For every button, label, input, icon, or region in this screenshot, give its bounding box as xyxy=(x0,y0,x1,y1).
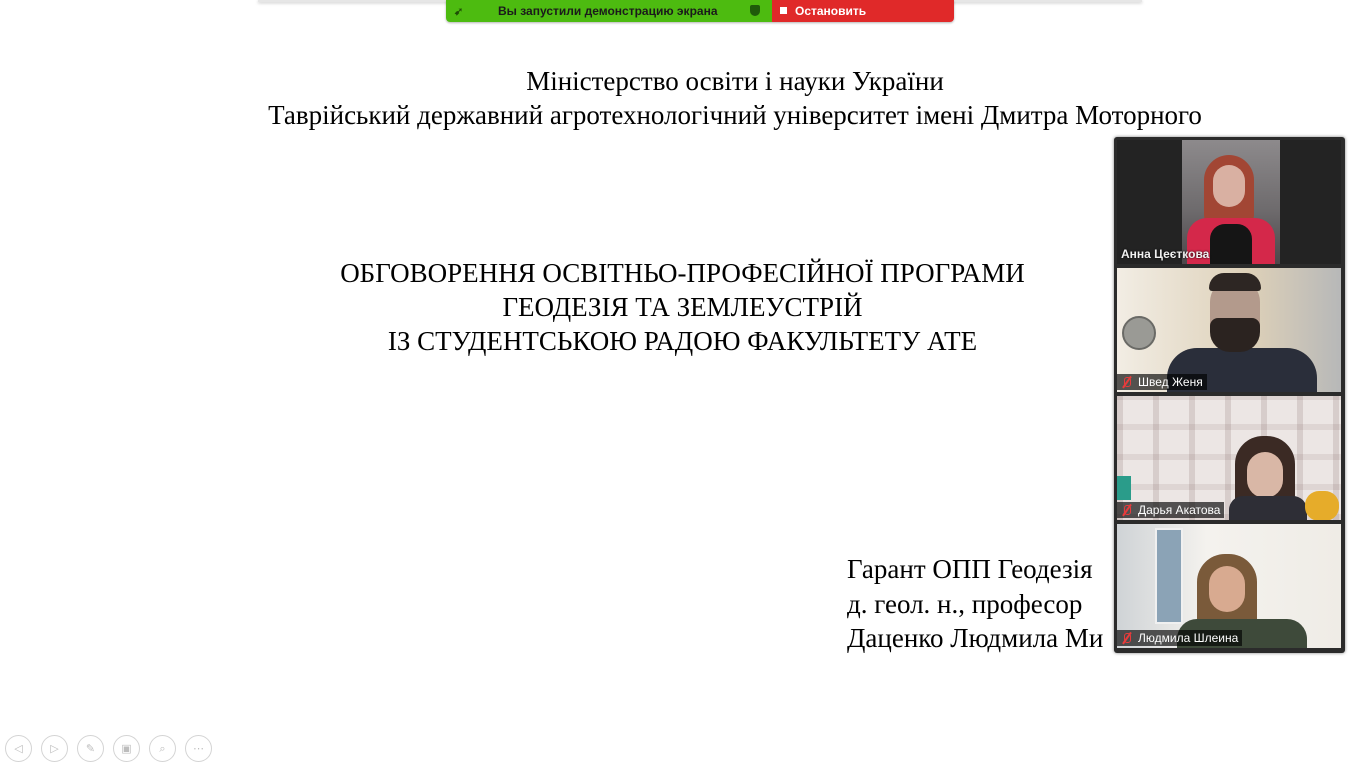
stop-share-button[interactable]: Остановить демонстрацию xyxy=(772,0,954,22)
more-options-button[interactable]: ⋯ xyxy=(185,735,212,762)
participant-name-label: Швед Женя xyxy=(1117,374,1207,390)
see-all-slides-button[interactable]: ▣ xyxy=(113,735,140,762)
participants-video-panel[interactable]: Анна Цеєткова Швед Женя Дарья Акатова Лю… xyxy=(1114,137,1345,653)
mic-muted-icon xyxy=(1121,376,1133,388)
slide-navigation-toolbar: ◁ ▷ ✎ ▣ ⌕ ⋯ xyxy=(5,735,212,762)
share-status-text: Вы запустили демонстрацию экрана xyxy=(498,4,718,18)
zoom-icon: ⌕ xyxy=(159,742,165,756)
participant-name-label: Людмила Шлеина xyxy=(1117,630,1242,646)
stop-share-label: Остановить демонстрацию xyxy=(795,4,954,22)
share-status[interactable]: ➹ Вы запустили демонстрацию экрана xyxy=(446,0,772,22)
pen-icon: ✎ xyxy=(86,742,95,755)
slide-university: Таврійський державний агротехнологічний … xyxy=(0,100,1365,131)
participant-name: Анна Цеєткова xyxy=(1121,247,1209,261)
participant-name: Швед Женя xyxy=(1138,375,1203,389)
participant-name: Дарья Акатова xyxy=(1138,503,1220,517)
participant-name-label: Анна Цеєткова xyxy=(1117,246,1213,262)
guarantor-line: Даценко Людмила Ми xyxy=(847,623,1103,654)
video-tile[interactable]: Людмила Шлеина xyxy=(1117,524,1341,648)
more-icon: ⋯ xyxy=(193,742,204,755)
slides-grid-icon: ▣ xyxy=(121,742,131,755)
pen-button[interactable]: ✎ xyxy=(77,735,104,762)
next-icon: ▷ xyxy=(50,742,58,755)
next-slide-button[interactable]: ▷ xyxy=(41,735,68,762)
guarantor-line: Гарант ОПП Геодезія xyxy=(847,554,1093,585)
screen-share-bar: ➹ Вы запустили демонстрацию экрана Остан… xyxy=(446,0,954,22)
shield-icon[interactable] xyxy=(750,5,760,16)
stop-square-icon xyxy=(780,7,787,14)
participant-name-label: Дарья Акатова xyxy=(1117,502,1224,518)
video-tile[interactable]: Анна Цеєткова xyxy=(1117,140,1341,264)
video-tile[interactable]: Швед Женя xyxy=(1117,268,1341,392)
guarantor-line: д. геол. н., професор xyxy=(847,589,1082,620)
mic-muted-icon xyxy=(1121,632,1133,644)
participant-name: Людмила Шлеина xyxy=(1138,631,1238,645)
zoom-button[interactable]: ⌕ xyxy=(149,735,176,762)
slide-ministry: Міністерство освіти і науки України xyxy=(0,66,1365,97)
previous-icon: ◁ xyxy=(14,742,22,755)
previous-slide-button[interactable]: ◁ xyxy=(5,735,32,762)
pin-icon[interactable]: ➹ xyxy=(454,5,464,17)
mic-muted-icon xyxy=(1121,504,1133,516)
video-tile[interactable]: Дарья Акатова xyxy=(1117,396,1341,520)
